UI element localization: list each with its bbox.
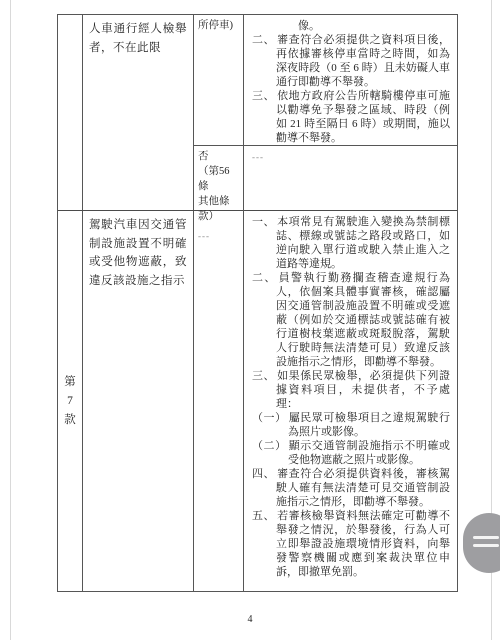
handle-bar xyxy=(473,544,499,547)
page-number: 4 xyxy=(0,614,500,625)
note-item: 四、審查符合必須提供資料後，審核駕駛人確有無法清楚可見交通管制設施指示之情形，即… xyxy=(252,467,450,509)
note-item: 二、審查符合必須提供之資料項目後，再依據審核停車當時之時間，如為深夜時段（0 至… xyxy=(252,33,450,89)
note-number: （二） xyxy=(252,440,287,452)
note-subitem: （二）顯示交通管制設施指示不明確或受他物遮蔽之照片或影像。 xyxy=(252,439,450,467)
note-number: （一） xyxy=(252,412,287,424)
note-text: 員警執行勤務攔查稽查違規行為人，依個案具體事實審核，確認屬因交通管制設施設置不明… xyxy=(276,272,450,368)
note-subitem: （一）屬民眾可檢舉項目之違規駕駛行為照片或影像。 xyxy=(252,411,450,439)
note-text: 審查符合必須提供資料後，審核駕駛人確有無法清楚可見交通管制設施指示之情形，即勸導… xyxy=(276,468,450,508)
note-item: 一、本項常見有駕駛進入變換為禁制標誌、標線或號誌之路段或路口，如逆向駛入單行道或… xyxy=(252,215,450,271)
note-item: 三、如果係民眾檢舉，必須提供下列證據資料項目，未提供者，不予處理： xyxy=(252,369,450,411)
violation-description-cell: 人車通行經人檢舉者，不在此限 xyxy=(83,15,194,210)
page-left-edge xyxy=(10,0,11,640)
note-continuation-line: 像。 xyxy=(252,19,450,33)
note-text: 若審核檢舉資料無法確定可勸導不舉發之情況，於舉發後，行為人可立即舉證設施環境情形… xyxy=(276,510,450,578)
drag-handle-icon xyxy=(473,536,499,550)
handle-bar xyxy=(473,536,499,539)
note-number: 一、 xyxy=(252,216,275,228)
note-text: 審查符合必須提供之資料項目後，再依據審核停車當時之時間，如為深夜時段（0 至 6… xyxy=(276,34,450,88)
note-number: 三、 xyxy=(252,90,275,102)
status-notes-group: 所停車) 像。 二、審查符合必須提供之資料項目後，再依據審核停車當時之時間，如為… xyxy=(194,15,457,210)
note-number: 五、 xyxy=(252,510,275,522)
note-text: 屬民眾可檢舉項目之違規駕駛行為照片或影像。 xyxy=(288,412,450,438)
note-number: 三、 xyxy=(252,370,275,382)
note-number: 二、 xyxy=(252,272,277,284)
table-row: 第 7 款 駕駛汽車因交通管制設施設置不明確或受他物遮蔽，致違反該設施之指示 -… xyxy=(58,211,457,591)
notes-cell: 一、本項常見有駕駛進入變換為禁制標誌、標線或號誌之路段或路口，如逆向駛入單行道或… xyxy=(244,211,457,591)
note-number: 二、 xyxy=(252,34,275,46)
note-number: 四、 xyxy=(252,468,275,480)
floating-handle[interactable] xyxy=(463,513,500,573)
status-cell-top: 所停車) xyxy=(194,15,244,145)
violation-description-cell: 駕駛汽車因交通管制設施設置不明確或受他物遮蔽，致違反該設施之指示 xyxy=(83,211,194,591)
sub-row-top: 所停車) 像。 二、審查符合必須提供之資料項目後，再依據審核停車當時之時間，如為… xyxy=(194,15,457,146)
note-text: 如果係民眾檢舉，必須提供下列證據資料項目，未提供者，不予處理： xyxy=(276,370,450,410)
note-text: 依地方政府公告所轄騎樓停車可施以勸導免予舉發之區域、時段（例如 21 時至隔日 … xyxy=(276,90,450,144)
notes-cell-top: 像。 二、審查符合必須提供之資料項目後，再依據審核停車當時之時間，如為深夜時段（… xyxy=(244,15,457,145)
clause-number-label: 第 7 款 xyxy=(64,373,76,430)
clause-cell-empty xyxy=(58,15,83,210)
note-item: 二、員警執行勤務攔查稽查違規行為人，依個案具體事實審核，確認屬因交通管制設施設置… xyxy=(252,271,450,369)
empty-notes-dash: --- xyxy=(252,152,264,162)
empty-status-dash: --- xyxy=(198,231,210,241)
regulation-table: 人車通行經人檢舉者，不在此限 所停車) 像。 二、審查符合必須提供之資料項目後，… xyxy=(57,14,458,592)
note-text: 顯示交通管制設施指示不明確或受他物遮蔽之照片或影像。 xyxy=(288,440,450,466)
note-item: 五、若審核檢舉資料無法確定可勸導不舉發之情況，於舉發後，行為人可立即舉證設施環境… xyxy=(252,509,450,579)
note-item: 三、依地方政府公告所轄騎樓停車可施以勸導免予舉發之區域、時段（例如 21 時至隔… xyxy=(252,89,450,145)
table-row: 人車通行經人檢舉者，不在此限 所停車) 像。 二、審查符合必須提供之資料項目後，… xyxy=(58,15,457,211)
note-text: 本項常見有駕駛進入變換為禁制標誌、標線或號誌之路段或路口，如逆向駛入單行道或駛入… xyxy=(276,216,450,270)
clause-cell: 第 7 款 xyxy=(58,211,83,591)
status-cell: --- xyxy=(194,211,244,591)
